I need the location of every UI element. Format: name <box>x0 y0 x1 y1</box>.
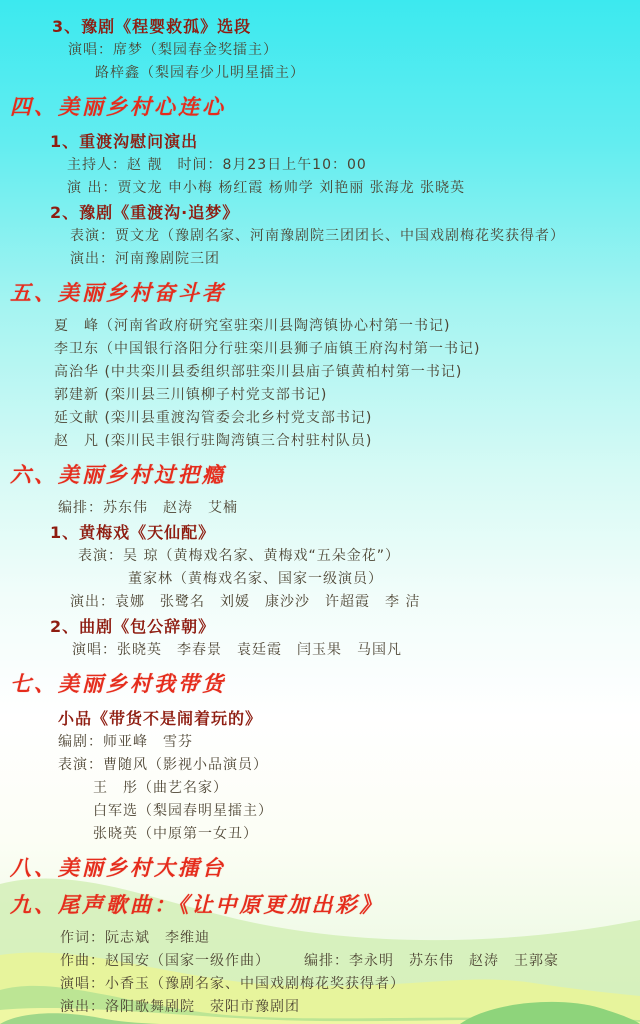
detail-line: 演唱：张晓英 李春景 袁廷霞 闫玉果 马国凡 <box>72 639 640 662</box>
detail-line: 演出：河南豫剧院三团 <box>70 248 640 271</box>
item-title: 3、豫剧《程婴救孤》选段 <box>52 14 640 39</box>
detail-line: 张晓英（中原第一女丑） <box>93 823 640 846</box>
detail-line: 郭建新 (栾川县三川镇柳子村党支部书记) <box>54 384 640 407</box>
detail-line: 董家林（黄梅戏名家、国家一级演员） <box>128 568 640 591</box>
item-title: 1、重渡沟慰问演出 <box>50 129 640 154</box>
detail-line: 夏 峰（河南省政府研究室驻栾川县陶湾镇协心村第一书记) <box>54 315 640 338</box>
section-5-heading: 五、美丽乡村奋斗者 <box>10 278 640 308</box>
detail-line: 演 出：贾文龙 申小梅 杨红霞 杨帅学 刘艳丽 张海龙 张晓英 <box>67 177 640 200</box>
detail-line: 编剧：师亚峰 雪芬 <box>58 731 640 754</box>
detail-line: 赵 凡 (栾川民丰银行驻陶湾镇三合村驻村队员) <box>54 430 640 453</box>
detail-line: 表演：贾文龙（豫剧名家、河南豫剧院三团团长、中国戏剧梅花奖获得者） <box>70 225 640 248</box>
detail-line: 作曲：赵国安（国家一级作曲）编排：李永明 苏东伟 赵涛 王郭豪 <box>60 950 640 973</box>
detail-line: 演唱：小香玉（豫剧名家、中国戏剧梅花奖获得者） <box>60 973 640 996</box>
detail-line: 编排：苏东伟 赵涛 艾楠 <box>58 497 640 520</box>
composer-credit: 作曲：赵国安（国家一级作曲） <box>60 953 270 969</box>
program-content: 3、豫剧《程婴救孤》选段 演唱：席梦（梨园春金奖擂主） 路梓鑫（梨园春少儿明星擂… <box>0 0 640 1019</box>
item-title: 1、黄梅戏《天仙配》 <box>50 520 640 545</box>
section-9-heading: 九、尾声歌曲：《让中原更加出彩》 <box>10 890 640 920</box>
item-title: 2、豫剧《重渡沟·追梦》 <box>50 200 640 225</box>
detail-line: 演出：袁娜 张鹭名 刘媛 康沙沙 许超霞 李 洁 <box>70 591 640 614</box>
detail-line: 王 彤（曲艺名家） <box>93 777 640 800</box>
detail-line: 路梓鑫（梨园春少儿明星擂主） <box>95 62 640 85</box>
section-8-heading: 八、美丽乡村大擂台 <box>10 853 640 883</box>
detail-line: 作词：阮志斌 李维迪 <box>60 927 640 950</box>
section-7-heading: 七、美丽乡村我带货 <box>10 669 640 699</box>
section-6-heading: 六、美丽乡村过把瘾 <box>10 460 640 490</box>
detail-line: 演唱：席梦（梨园春金奖擂主） <box>68 39 640 62</box>
item-title: 2、曲剧《包公辞朝》 <box>50 614 640 639</box>
program-poster: 3、豫剧《程婴救孤》选段 演唱：席梦（梨园春金奖擂主） 路梓鑫（梨园春少儿明星擂… <box>0 0 640 1024</box>
detail-line: 李卫东（中国银行洛阳分行驻栾川县狮子庙镇王府沟村第一书记) <box>54 338 640 361</box>
detail-line: 延文献 (栾川县重渡沟管委会北乡村党支部书记) <box>54 407 640 430</box>
arranger-credit: 编排：李永明 苏东伟 赵涛 王郭豪 <box>304 950 559 973</box>
detail-line: 白军选（梨园春明星擂主） <box>93 800 640 823</box>
detail-line: 表演：曹随风（影视小品演员） <box>58 754 640 777</box>
section-4-heading: 四、美丽乡村心连心 <box>10 92 640 122</box>
item-title: 小品《带货不是闹着玩的》 <box>58 706 640 731</box>
detail-line: 高治华 (中共栾川县委组织部驻栾川县庙子镇黄柏村第一书记) <box>54 361 640 384</box>
detail-line: 表演：吴 琼（黄梅戏名家、黄梅戏“五朵金花”） <box>78 545 640 568</box>
detail-line: 主持人：赵 靓 时间：8月23日上午10：00 <box>67 154 640 177</box>
detail-line: 演出：洛阳歌舞剧院 荥阳市豫剧团 <box>60 996 640 1019</box>
